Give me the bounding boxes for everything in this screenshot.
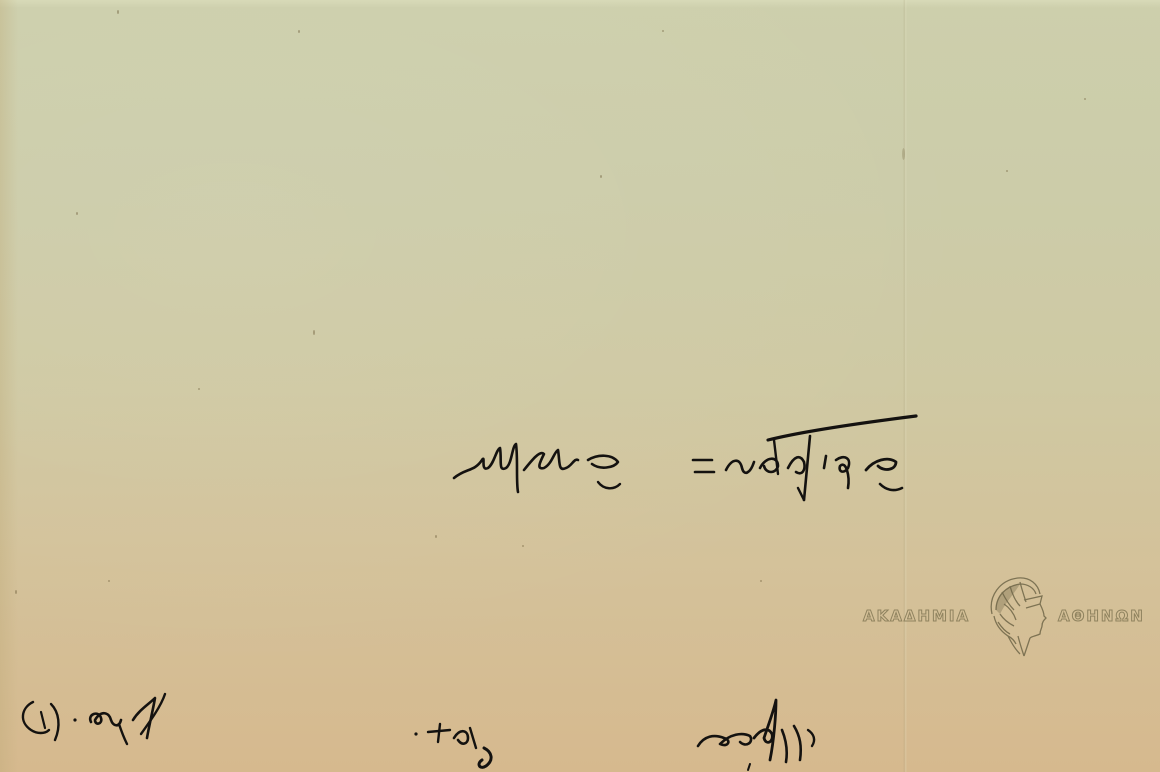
paper-left-edge-shade bbox=[0, 0, 18, 772]
handwriting-bottom-right: handwritten word (bottom right) bbox=[690, 690, 820, 772]
watermark-text-right: ΑΘΗΝΩΝ bbox=[1058, 607, 1145, 625]
handwriting-bottom-center: handwritten abbreviation (bottom center) bbox=[410, 720, 500, 770]
handwriting-main-line: Handwritten Greek shorthand line, upside… bbox=[448, 410, 923, 510]
athena-head-emblem-icon bbox=[984, 574, 1050, 658]
page-number-marker-strokes bbox=[15, 690, 165, 746]
handwriting-word-strokes bbox=[690, 690, 820, 772]
watermark-text-left: ΑΚΑΔΗΜΙΑ bbox=[863, 607, 970, 625]
handwriting-main-line-strokes bbox=[448, 410, 923, 510]
paper-top-edge bbox=[0, 0, 1160, 8]
academy-of-athens-watermark: ΑΚΑΔΗΜΙΑ bbox=[858, 574, 1158, 660]
handwriting-bottom-left: (1) bbox=[15, 690, 165, 746]
handwriting-abbreviation-strokes bbox=[410, 720, 500, 770]
